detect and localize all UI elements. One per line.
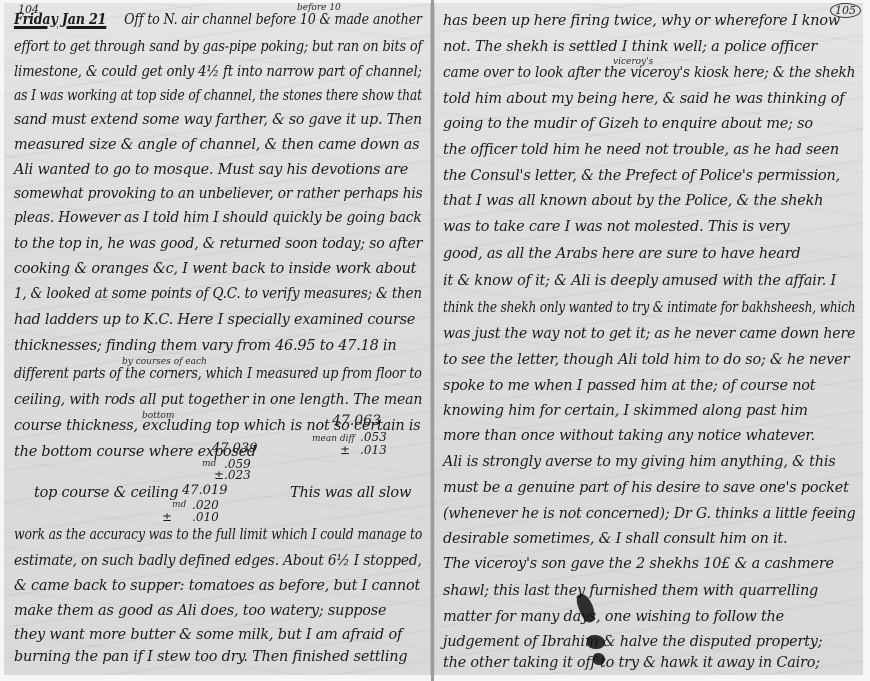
right-line-22: The viceroy's son gave the 2 shekhs 10£ … [443, 556, 855, 572]
right-line-7: the Consul's letter, & the Prefect of Po… [443, 168, 855, 184]
right-line-18: Ali is strongly averse to my giving him … [443, 454, 855, 470]
right-line-26: the other taking it off to try & hawk it… [443, 655, 855, 671]
interlinear-before-10: before 10 [297, 3, 341, 13]
left-line-19b: This was all slow [290, 485, 411, 501]
left-line-9: pleas. However as I told him I should qu… [14, 210, 405, 226]
right-line-10: good, as all the Arabs here are sure to … [443, 246, 855, 262]
left-line-2: effort to get through sand by gas-pipe p… [14, 39, 379, 55]
top-pm-value: .010 [192, 511, 219, 523]
left-line-25: burning the pan if I stew too dry. Then … [14, 649, 422, 665]
right-line-15: spoke to me when I passed him at the; of… [443, 378, 855, 394]
left-line-11: cooking & oranges &c, I went back to ins… [14, 261, 422, 277]
right-line-9: was to take care I was not molested. Thi… [443, 219, 855, 235]
right-page: 105 has been up here firing twice, why o… [434, 3, 863, 675]
right-line-11: it & know of it; & Ali is deeply amused … [443, 273, 855, 289]
right-line-4: told him about my being here, & said he … [443, 91, 855, 107]
bottom-pm-label: ± [214, 469, 224, 481]
left-page: 104 Friday Jan 21 Off to N. air channel … [4, 3, 431, 675]
mean-course-value: 47.063 [332, 415, 381, 427]
left-line-20: work as the accuracy was to the full lim… [14, 527, 365, 543]
journal-spread: 104 Friday Jan 21 Off to N. air channel … [0, 0, 870, 681]
left-line-1: Friday Jan 21 Off to N. air channel befo… [14, 11, 372, 28]
right-line-24: matter for many days, one wishing to fol… [443, 609, 855, 625]
right-line-14: to see the letter, though Ali told him t… [443, 352, 855, 368]
ink-blot [593, 653, 605, 665]
top-pm-label: ± [162, 511, 172, 523]
entry-date-heading: Friday Jan 21 [14, 11, 106, 28]
left-line-21: estimate, on such badly defined edges. A… [14, 553, 404, 569]
left-page-lines: 104 Friday Jan 21 Off to N. air channel … [4, 3, 430, 675]
right-line-23: shawl; this last they furnished them wit… [443, 583, 855, 599]
left-line-3: limestone, & could get only 4½ ft into n… [14, 64, 389, 80]
right-line-21: desirable sometimes, & I shall consult h… [443, 531, 855, 547]
right-line-12: think the shekh only wanted to try & int… [443, 300, 789, 316]
right-line-1: has been up here firing twice, why or wh… [443, 13, 855, 29]
ink-blot [587, 635, 605, 649]
left-line-24: they want more butter & some milk, but I… [14, 627, 422, 643]
left-line-8: somewhat provoking to an unbeliever, or … [14, 186, 403, 202]
right-line-8: that I was all known about by the Police… [443, 193, 855, 209]
bottom-pm-value: .023 [224, 469, 251, 481]
right-line-5: going to the mudir of Gizeh to enquire a… [443, 116, 855, 132]
right-line-13: was just the way not to get it; as he ne… [443, 326, 847, 342]
top-md-label: md [172, 500, 186, 510]
left-line-6: measured size & angle of channel, & then… [14, 137, 422, 153]
left-line-12: 1, & looked at some points of Q.C. to ve… [14, 286, 394, 302]
right-line-25: judgement of Ibrahim & halve the dispute… [443, 634, 855, 650]
mean-diff-value: .053 [360, 431, 387, 443]
left-line-22: & came back to supper: tomatoes as befor… [14, 578, 422, 594]
right-page-lines: 105 has been up here firing twice, why o… [435, 3, 863, 675]
left-line-5: sand must extend some way farther, & so … [14, 112, 415, 128]
left-line-16: ceiling, with rods all put together in o… [14, 392, 414, 408]
left-line-4: as I was working at top side of channel,… [14, 88, 363, 104]
right-line-6: the officer told him he need not trouble… [443, 142, 855, 158]
right-line-20: (whenever he is not concerned); Dr G. th… [443, 506, 848, 522]
left-line-13: had ladders up to K.C. Here I specially … [14, 312, 422, 328]
right-line-2: not. The shekh is settled I think well; … [443, 39, 855, 55]
left-line-10: to the top in, he was good, & returned s… [14, 236, 412, 252]
right-line-19: must be a genuine part of his desire to … [443, 480, 855, 496]
right-line-3: came over to look after the viceroy's ki… [443, 65, 834, 81]
top-course-value: 47.019 [182, 485, 228, 497]
right-line-16: knowing him for certain, I skimmed along… [443, 403, 855, 419]
left-line-23: make them as good as Ali does, too water… [14, 603, 422, 619]
left-line-14: thicknesses; finding them vary from 46.9… [14, 338, 422, 354]
left-line-7: Ali wanted to go to mosque. Must say his… [14, 162, 422, 178]
left-line-15: different parts of the corners, which I … [14, 366, 375, 382]
right-line-17: more than once without taking any notice… [443, 428, 855, 444]
bottom-course-value: 47.039 [212, 443, 258, 455]
